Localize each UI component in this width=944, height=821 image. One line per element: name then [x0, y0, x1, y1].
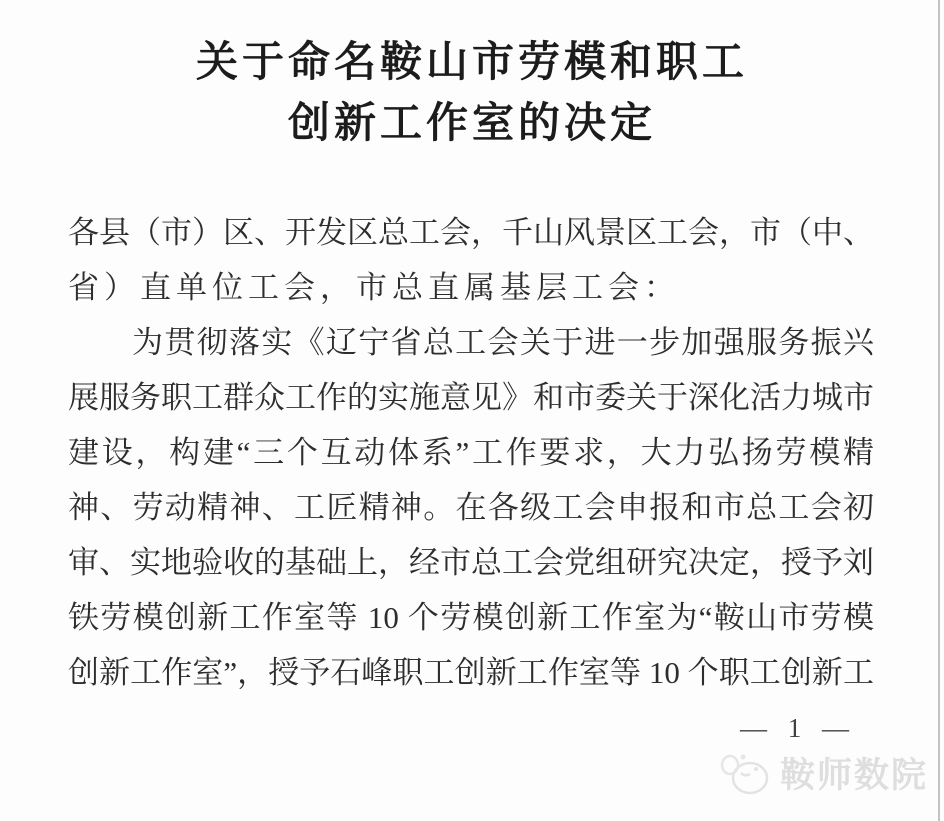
body-line: 建设，构建“三个互动体系”工作要求，大力弘扬劳模精 — [68, 425, 874, 480]
body-line: 审、实地验收的基础上，经市总工会党组研究决定，授予刘 — [68, 535, 874, 590]
body-line: 为贯彻落实《辽宁省总工会关于进一步加强服务振兴发 — [68, 315, 874, 370]
watermark-label: 鞍师数院 — [780, 748, 928, 798]
body-line: 各县（市）区、开发区总工会，千山风景区工会，市（中、 — [68, 205, 874, 260]
title-line-1: 关于命名鞍山市劳模和职工 — [0, 33, 944, 94]
watermark: 鞍师数院 — [713, 747, 928, 799]
page-number: — 1 — — [0, 713, 856, 744]
body-line: 展服务职工群众工作的实施意见》和市委关于深化活力城市 — [68, 370, 874, 425]
document-title: 关于命名鞍山市劳模和职工 创新工作室的决定 — [0, 0, 944, 155]
body-line: 神、劳动精神、工匠精神。在各级工会申报和市总工会初 — [68, 480, 874, 535]
mascot-icon — [713, 747, 775, 799]
page-right-edge-line — [938, 0, 940, 821]
body-line: 创新工作室”，授予石峰职工创新工作室等 10 个职工创新工 — [68, 645, 874, 700]
document-body: 各县（市）区、开发区总工会，千山风景区工会，市（中、 省）直单位工会，市总直属基… — [68, 205, 874, 700]
document-page: 关于命名鞍山市劳模和职工 创新工作室的决定 各县（市）区、开发区总工会，千山风景… — [0, 0, 944, 821]
title-line-2: 创新工作室的决定 — [0, 94, 944, 155]
body-line: 铁劳模创新工作室等 10 个劳模创新工作室为“鞍山市劳模 — [68, 590, 874, 645]
body-line: 省）直单位工会，市总直属基层工会： — [68, 260, 874, 315]
